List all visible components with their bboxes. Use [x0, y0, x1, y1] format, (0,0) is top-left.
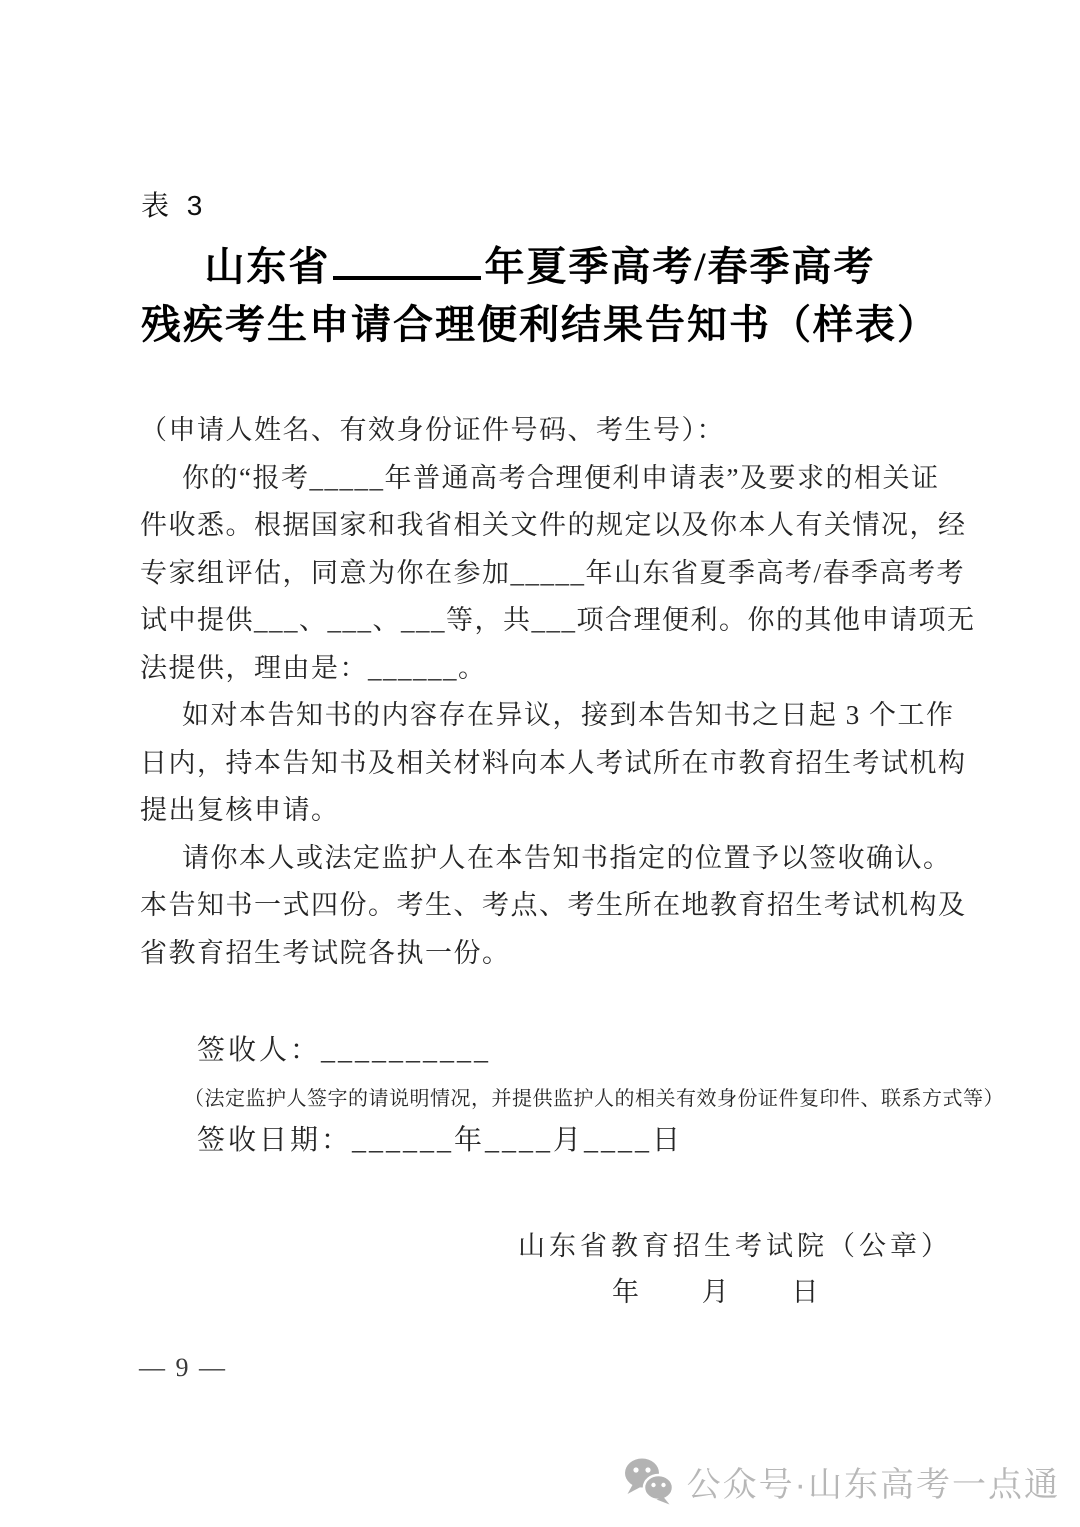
watermark: 公众号·山东高考一点通 [623, 1456, 1060, 1506]
issuer-name: 山东省教育招生考试院（公章） [518, 1224, 952, 1263]
guardian-note: （法定监护人签字的请说明情况，并提供监护人的相关有效身份证件复印件、联系方式等） [184, 1082, 1004, 1111]
issuer-date-line: 年 月 日 [612, 1270, 819, 1309]
wechat-icon [623, 1456, 675, 1506]
body-line: 法提供，理由是：______。 [140, 645, 958, 693]
body-line: 请你本人或法定监护人在本告知书指定的位置予以签收确认。 [140, 835, 958, 883]
title-line1-suffix: 年夏季高考/春季高考 [484, 244, 875, 289]
body-line: 你的“报考_____年普通高考合理便利申请表”及要求的相关证 [140, 455, 958, 503]
body-line: 试中提供___、___、___等，共___项合理便利。你的其他申请项无 [140, 597, 958, 645]
document-title: 山东省年夏季高考/春季高考 残疾考生申请合理便利结果告知书（样表） [0, 238, 1080, 354]
sign-date-line: 签收日期：______年____月____日 [197, 1118, 683, 1158]
body-line: 专家组评估，同意为你在参加_____年山东省夏季高考/春季高考考 [140, 550, 958, 598]
body-line: 日内，持本告知书及相关材料向本人考试所在市教育招生考试机构 [140, 740, 958, 788]
document-title-line1: 山东省年夏季高考/春季高考 [0, 238, 1080, 296]
body-line: 提出复核申请。 [140, 787, 958, 835]
document-title-line2: 残疾考生申请合理便利结果告知书（样表） [0, 296, 1080, 354]
body-line: 如对本告知书的内容存在异议，接到本告知书之日起 3 个工作 [140, 692, 958, 740]
title-line1-prefix: 山东省 [204, 244, 330, 289]
body-line: 件收悉。根据国家和我省相关文件的规定以及你本人有关情况，经 [140, 502, 958, 550]
title-year-blank [333, 238, 481, 280]
document-page: 表 3 山东省年夏季高考/春季高考 残疾考生申请合理便利结果告知书（样表） （申… [0, 0, 1080, 1527]
body-line: 本告知书一式四份。考生、考点、考生所在地教育招生考试机构及 [140, 882, 958, 930]
body-line-salutation: （申请人姓名、有效身份证件号码、考生号）： [140, 407, 958, 455]
table-label: 表 3 [141, 184, 207, 224]
page-number: — 9 — [139, 1353, 227, 1383]
body-text: （申请人姓名、有效身份证件号码、考生号）： 你的“报考_____年普通高考合理便… [140, 407, 958, 977]
body-line: 省教育招生考试院各执一份。 [140, 930, 958, 978]
watermark-text: 公众号·山东高考一点通 [687, 1457, 1060, 1506]
signer-line: 签收人：__________ [197, 1028, 491, 1068]
